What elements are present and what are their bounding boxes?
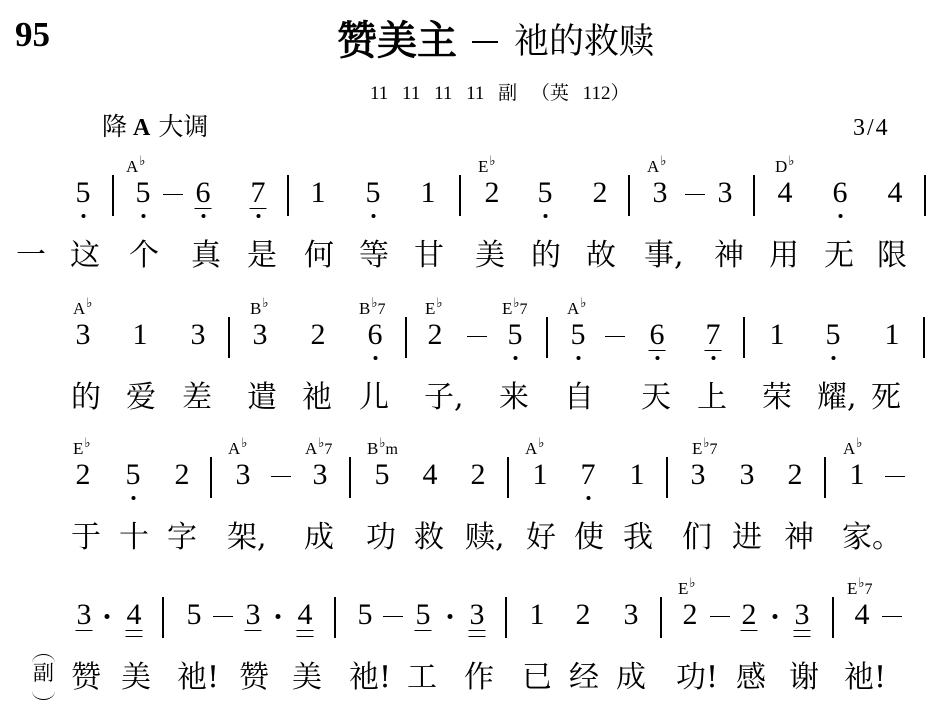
meter-info: 11 11 11 11 副 （英 112）	[370, 84, 629, 103]
lyric-syllable: 子,	[424, 383, 464, 413]
lyric-syllable: 功!	[676, 663, 718, 693]
time-signature: 3/4	[853, 116, 890, 140]
lyric-syllable: 是	[247, 241, 277, 271]
barline: |	[824, 457, 826, 498]
key-prefix: 降	[102, 112, 127, 141]
lyric-syllable: 故	[586, 241, 616, 271]
note: 2	[471, 460, 486, 490]
chord-root: A	[525, 439, 537, 458]
note: 5	[76, 178, 91, 208]
note: 2	[175, 460, 190, 490]
lyric-syllable: 工	[407, 663, 437, 693]
chord-root: B	[359, 299, 370, 318]
chord-symbol: A♭7	[305, 440, 332, 459]
lyric-syllable: 真	[191, 241, 221, 271]
barline: |	[334, 597, 336, 638]
lyric-syllable: 美	[475, 241, 505, 271]
chord-symbol: A♭	[525, 440, 544, 459]
barline: |	[210, 457, 212, 498]
verse-number: 一	[16, 241, 46, 271]
note: 1	[530, 600, 545, 630]
lyric-syllable: 功	[366, 523, 396, 553]
augmentation-dot: ·	[276, 600, 281, 630]
flat-icon: ♭	[703, 436, 709, 451]
chord-root: D	[775, 157, 787, 176]
note: 5	[538, 178, 553, 208]
chord-root: E	[73, 439, 83, 458]
flat-icon: ♭	[489, 154, 495, 169]
chord-quality: 7	[710, 441, 718, 458]
chord-symbol: E♭	[73, 440, 91, 459]
lyric-syllable: 感	[736, 663, 766, 693]
chord-root: B	[367, 439, 378, 458]
lyric-syllable: 这	[70, 241, 100, 271]
chord-root: A	[647, 157, 659, 176]
lyric-syllable: 赞	[239, 663, 269, 693]
page-subtitle: 祂的救赎	[514, 25, 654, 60]
lyric-syllable: 上	[697, 383, 727, 413]
note: 3	[470, 600, 485, 630]
note: 5	[508, 320, 523, 350]
lyric-syllable: 架,	[227, 523, 267, 553]
chord-root: A	[567, 299, 579, 318]
lyric-syllable: 用	[769, 241, 799, 271]
lyric-syllable: 差	[182, 383, 212, 413]
chord-root: E	[692, 439, 702, 458]
chord-root: E	[502, 299, 512, 318]
chord-symbol: E♭	[678, 580, 696, 599]
note: 3	[653, 178, 668, 208]
note: 2	[576, 600, 591, 630]
note: 5	[571, 320, 586, 350]
note: 3	[795, 600, 810, 630]
lyric-syllable: 耀,	[817, 383, 857, 413]
chord-root: B	[250, 299, 261, 318]
lyric-syllable: 十	[119, 523, 149, 553]
system-1: A♭ E♭ A♭ D♭ 5 | 5 — 6 7 | 1 5 1 | 2 5 2 …	[0, 140, 951, 280]
flat-icon: ♭	[660, 154, 666, 169]
note: 7	[251, 178, 266, 208]
chord-symbol: B♭7	[359, 300, 385, 319]
lyric-syllable: 爱	[126, 383, 156, 413]
barline: |	[459, 175, 461, 216]
barline: |	[832, 597, 834, 638]
note: 2	[485, 178, 500, 208]
note: 5	[126, 460, 141, 490]
chord-root: A	[73, 299, 85, 318]
flat-icon: ♭	[689, 576, 695, 591]
lyric-syllable: 美	[121, 663, 151, 693]
lyric-syllable: 儿	[359, 383, 389, 413]
lyric-syllable: 个	[129, 241, 159, 271]
chord-symbol: B♭	[250, 300, 268, 319]
flat-icon: ♭	[84, 436, 90, 451]
barline: |	[753, 175, 755, 216]
note: 3	[236, 460, 251, 490]
note: 3	[191, 320, 206, 350]
note: 1	[533, 460, 548, 490]
flat-icon: ♭	[241, 436, 247, 451]
note: 3	[691, 460, 706, 490]
note: 7	[581, 460, 596, 490]
note: 5	[375, 460, 390, 490]
key-suffix: 大调	[158, 112, 208, 141]
flat-icon: ♭	[580, 296, 586, 311]
flat-icon: ♭	[436, 296, 442, 311]
lyric-syllable: 成	[616, 663, 646, 693]
sustain-dash: —	[383, 600, 403, 630]
lyric-syllable: 好	[526, 523, 556, 553]
sustain-dash: —	[467, 320, 487, 350]
lyric-syllable: 天	[641, 383, 671, 413]
sustain-dash: —	[685, 178, 705, 208]
barline: |	[507, 457, 509, 498]
note: 7	[706, 320, 721, 350]
note: 4	[855, 600, 870, 630]
barline: |	[162, 597, 164, 638]
lyric-syllable: 遣	[247, 383, 277, 413]
chord-symbol: E♭	[425, 300, 443, 319]
barline: |	[924, 175, 926, 216]
note: 4	[298, 600, 313, 630]
lyric-syllable: 成	[304, 523, 334, 553]
chord-symbol: A♭	[126, 158, 145, 177]
lyric-syllable: 赎,	[465, 523, 505, 553]
lyric-syllable: 死	[871, 383, 901, 413]
note: 1	[770, 320, 785, 350]
barline: |	[287, 175, 289, 216]
lyric-syllable: 何	[304, 241, 334, 271]
lyric-syllable: 祂!	[177, 663, 219, 693]
barline: |	[228, 317, 230, 358]
lyric-syllable: 荣	[762, 383, 792, 413]
flat-icon: ♭	[86, 296, 92, 311]
chord-root: E	[425, 299, 435, 318]
note: 4	[127, 600, 142, 630]
lyric-syllable: 于	[71, 523, 101, 553]
barline: |	[666, 457, 668, 498]
note: 2	[76, 460, 91, 490]
note: 6	[833, 178, 848, 208]
augmentation-dot: ·	[448, 600, 453, 630]
chord-root: A	[228, 439, 240, 458]
key-signature: 降A大调	[102, 114, 208, 141]
note: 3	[77, 600, 92, 630]
barline: |	[628, 175, 630, 216]
lyric-syllable: 使	[574, 523, 604, 553]
chord-root: E	[678, 579, 688, 598]
flat-icon: ♭	[858, 576, 864, 591]
lyric-syllable: 赞	[71, 663, 101, 693]
note: 5	[136, 178, 151, 208]
key-letter: A	[133, 115, 150, 141]
chord-root: E	[478, 157, 488, 176]
chord-root: A	[843, 439, 855, 458]
lyric-syllable: 祂	[302, 383, 332, 413]
lyric-syllable: 我	[623, 523, 653, 553]
lyric-syllable: 救	[414, 523, 444, 553]
note: 4	[778, 178, 793, 208]
augmentation-dot: ·	[773, 600, 778, 630]
lyric-syllable: 无	[824, 241, 854, 271]
lyric-syllable: 神	[784, 523, 814, 553]
lyric-syllable: 来	[499, 383, 529, 413]
chord-symbol: A♭	[73, 300, 92, 319]
note: 5	[358, 600, 373, 630]
flat-icon: ♭	[513, 296, 519, 311]
flat-icon: ♭	[788, 154, 794, 169]
chord-symbol: A♭	[228, 440, 247, 459]
flat-icon: ♭	[856, 436, 862, 451]
chord-quality: m	[385, 441, 397, 458]
lyric-syllable: 谢	[789, 663, 819, 693]
note: 3	[718, 178, 733, 208]
note: 5	[187, 600, 202, 630]
note: 2	[428, 320, 443, 350]
note: 1	[311, 178, 326, 208]
sustain-dash: —	[163, 178, 183, 208]
note: 2	[311, 320, 326, 350]
chord-quality: 7	[520, 301, 528, 318]
lyric-syllable: 等	[359, 241, 389, 271]
note: 1	[133, 320, 148, 350]
note: 3	[740, 460, 755, 490]
sustain-dash: —	[271, 460, 291, 490]
augmentation-dot: ·	[105, 600, 110, 630]
note: 1	[885, 320, 900, 350]
chord-root: E	[847, 579, 857, 598]
system-3: E♭ A♭ A♭7 B♭m A♭ E♭7 A♭ 2 5 2 | 3 — 3 | …	[0, 422, 951, 562]
title-separator: —	[472, 41, 498, 43]
hymn-sheet: 95 赞美主 — 祂的救赎 11 11 11 11 副 （英 112） 降A大调…	[0, 0, 951, 722]
hymn-number: 95	[15, 17, 50, 52]
flat-icon: ♭	[371, 296, 377, 311]
lyric-syllable: 甘	[414, 241, 444, 271]
sustain-dash: —	[710, 600, 730, 630]
lyric-syllable: 字	[167, 523, 197, 553]
barline: |	[112, 175, 114, 216]
sustain-dash: —	[605, 320, 625, 350]
chord-symbol: E♭7	[502, 300, 528, 319]
chord-symbol: D♭	[775, 158, 794, 177]
lyric-syllable: 经	[569, 663, 599, 693]
lyric-syllable: 自	[564, 383, 594, 413]
chord-quality: 7	[377, 301, 385, 318]
chord-symbol: E♭	[478, 158, 496, 177]
lyric-syllable: 作	[464, 663, 494, 693]
lyric-syllable: 神	[714, 241, 744, 271]
lyric-syllable: 已	[522, 663, 552, 693]
flat-icon: ♭	[379, 436, 385, 451]
lyric-syllable: 们	[682, 523, 712, 553]
note: 2	[593, 178, 608, 208]
sustain-dash: —	[885, 460, 905, 490]
note: 1	[630, 460, 645, 490]
note: 3	[313, 460, 328, 490]
note: 3	[76, 320, 91, 350]
barline: |	[349, 457, 351, 498]
barline: |	[923, 317, 925, 358]
lyric-syllable: 美	[292, 663, 322, 693]
note: 1	[850, 460, 865, 490]
flat-icon: ♭	[538, 436, 544, 451]
chord-quality: 7	[865, 581, 873, 598]
sustain-dash: —	[213, 600, 233, 630]
barline: |	[405, 317, 407, 358]
note: 2	[742, 600, 757, 630]
chord-root: A	[126, 157, 138, 176]
barline: |	[660, 597, 662, 638]
flat-icon: ♭	[262, 296, 268, 311]
note: 4	[423, 460, 438, 490]
note: 5	[416, 600, 431, 630]
chord-symbol: A♭	[843, 440, 862, 459]
lyric-syllable: 进	[732, 523, 762, 553]
note: 4	[888, 178, 903, 208]
barline: |	[743, 317, 745, 358]
note: 6	[368, 320, 383, 350]
chord-symbol: E♭7	[847, 580, 873, 599]
chord-symbol: B♭m	[367, 440, 398, 459]
barline: |	[546, 317, 548, 358]
lyric-syllable: 事,	[644, 241, 684, 271]
note: 1	[421, 178, 436, 208]
sustain-dash: —	[882, 600, 902, 630]
note: 2	[683, 600, 698, 630]
note: 3	[253, 320, 268, 350]
note: 3	[246, 600, 261, 630]
lyric-syllable: 家。	[842, 523, 902, 553]
lyric-syllable: 的	[71, 383, 101, 413]
note: 6	[650, 320, 665, 350]
chord-quality: 7	[324, 441, 332, 458]
note: 3	[624, 600, 639, 630]
page-title: 赞美主	[337, 21, 457, 61]
chord-symbol: E♭7	[692, 440, 718, 459]
refrain-label: 副	[32, 654, 55, 700]
lyric-syllable: 的	[531, 241, 561, 271]
barline: |	[505, 597, 507, 638]
chord-symbol: A♭	[647, 158, 666, 177]
note: 2	[788, 460, 803, 490]
system-2: A♭ B♭ B♭7 E♭ E♭7 A♭ 3 1 3 | 3 2 6 | 2 — …	[0, 282, 951, 422]
flat-icon: ♭	[318, 436, 324, 451]
system-4-refrain: E♭ E♭7 3 · 4 | 5 — 3 · 4 | 5 — 5 · 3 | 1…	[0, 562, 951, 702]
flat-icon: ♭	[139, 154, 145, 169]
lyric-syllable: 祂!	[349, 663, 391, 693]
note: 5	[366, 178, 381, 208]
lyric-syllable: 限	[877, 241, 907, 271]
note: 5	[826, 320, 841, 350]
chord-symbol: A♭	[567, 300, 586, 319]
lyric-syllable: 祂!	[844, 663, 886, 693]
note: 6	[196, 178, 211, 208]
chord-root: A	[305, 439, 317, 458]
